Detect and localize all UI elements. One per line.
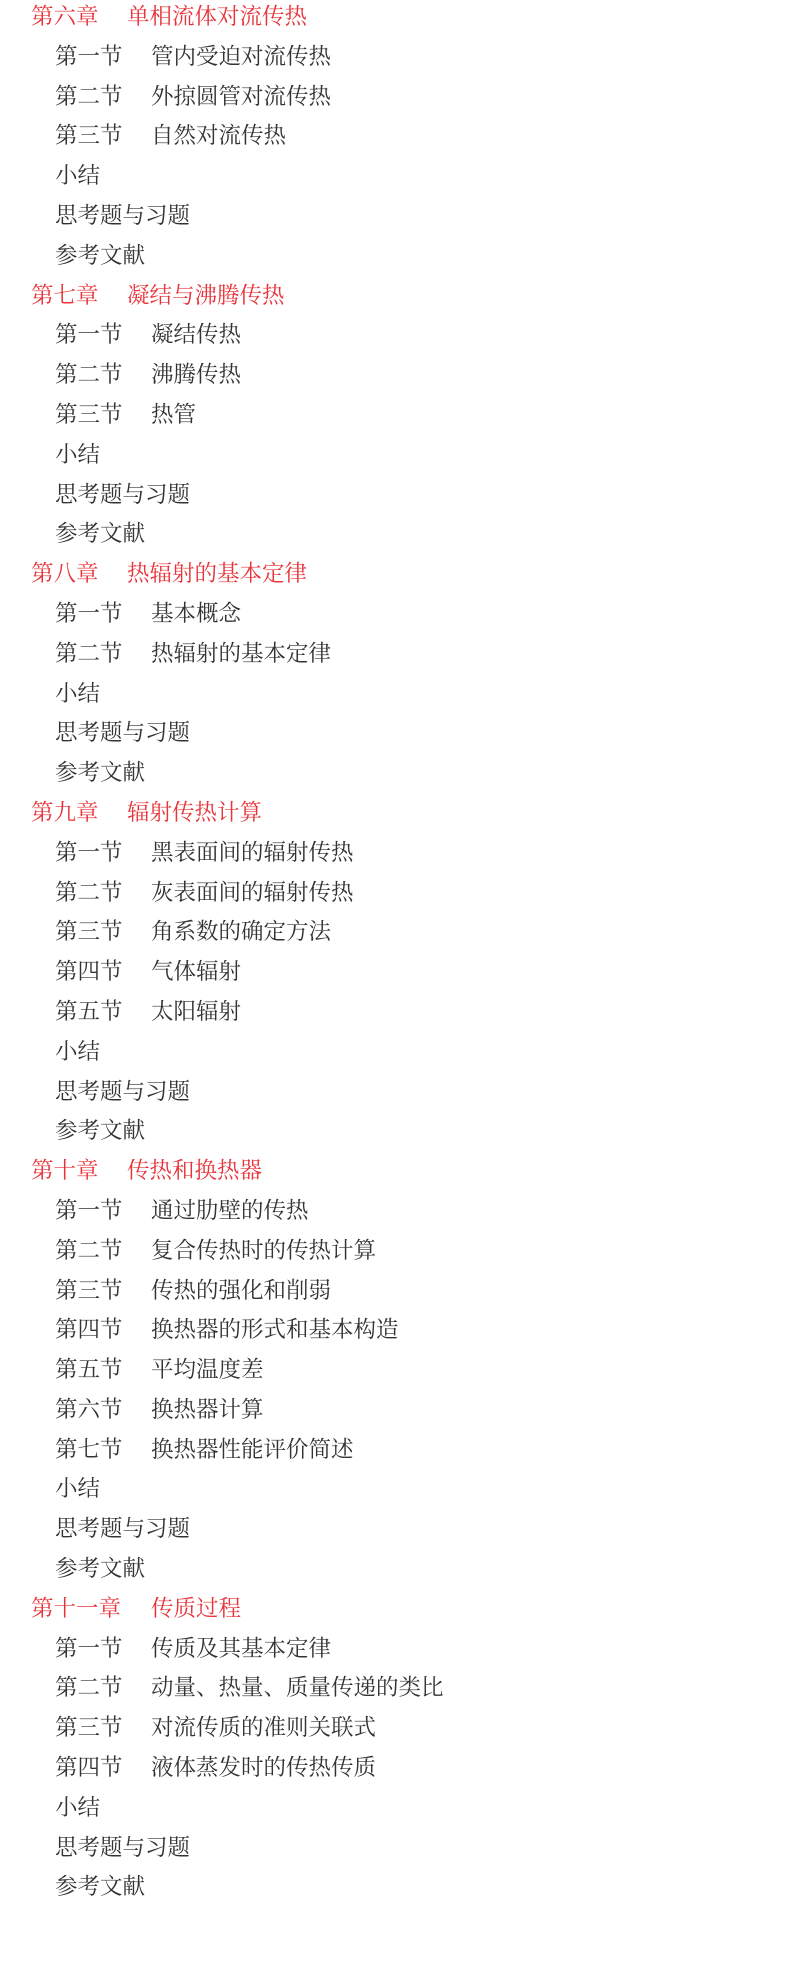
section-title: 平均温度差 xyxy=(151,1353,264,1387)
section-title: 小结 xyxy=(55,438,100,472)
section-entry[interactable]: 第一节凝结传热 xyxy=(0,318,790,358)
chapter-extra-entry[interactable]: 思考题与习题 xyxy=(0,1831,790,1871)
section-number: 第六节 xyxy=(55,1393,151,1427)
section-number: 第一节 xyxy=(55,40,151,74)
section-title: 小结 xyxy=(55,1472,100,1506)
chapter-extra-entry[interactable]: 思考题与习题 xyxy=(0,478,790,518)
section-title: 思考题与习题 xyxy=(55,1512,190,1546)
section-number: 第一节 xyxy=(55,1632,151,1666)
section-entry[interactable]: 第七节换热器性能评价简述 xyxy=(0,1433,790,1473)
section-title: 气体辐射 xyxy=(151,955,241,989)
section-number: 第四节 xyxy=(55,1313,151,1347)
chapter-heading[interactable]: 第十章传热和换热器 xyxy=(0,1154,790,1194)
section-number: 第三节 xyxy=(55,915,151,949)
section-title: 沸腾传热 xyxy=(151,358,241,392)
section-title: 思考题与习题 xyxy=(55,1831,190,1865)
section-title: 参考文献 xyxy=(55,517,145,551)
section-title: 传热的强化和削弱 xyxy=(151,1274,331,1308)
chapter-extra-entry[interactable]: 参考文献 xyxy=(0,756,790,796)
chapter-extra-entry[interactable]: 思考题与习题 xyxy=(0,1512,790,1552)
section-number: 第一节 xyxy=(55,1194,151,1228)
chapter-title: 辐射传热计算 xyxy=(127,796,262,830)
section-title: 外掠圆管对流传热 xyxy=(151,80,331,114)
section-title: 动量、热量、质量传递的类比 xyxy=(151,1671,444,1705)
section-number: 第一节 xyxy=(55,318,151,352)
section-number: 第二节 xyxy=(55,1234,151,1268)
section-number: 第二节 xyxy=(55,1671,151,1705)
section-entry[interactable]: 第六节换热器计算 xyxy=(0,1393,790,1433)
section-title: 复合传热时的传热计算 xyxy=(151,1234,376,1268)
section-entry[interactable]: 第二节复合传热时的传热计算 xyxy=(0,1234,790,1274)
chapter-extra-entry[interactable]: 思考题与习题 xyxy=(0,1075,790,1115)
section-entry[interactable]: 第一节传质及其基本定律 xyxy=(0,1632,790,1672)
section-title: 传质及其基本定律 xyxy=(151,1632,331,1666)
section-number: 第三节 xyxy=(55,119,151,153)
section-title: 热管 xyxy=(151,398,196,432)
chapter-number: 第十一章 xyxy=(31,1592,151,1626)
section-entry[interactable]: 第二节动量、热量、质量传递的类比 xyxy=(0,1671,790,1711)
chapter-title: 凝结与沸腾传热 xyxy=(127,279,285,313)
section-title: 太阳辐射 xyxy=(151,995,241,1029)
chapter-extra-entry[interactable]: 小结 xyxy=(0,159,790,199)
section-title: 参考文献 xyxy=(55,1552,145,1586)
section-title: 换热器性能评价简述 xyxy=(151,1433,354,1467)
section-title: 参考文献 xyxy=(55,1870,145,1904)
section-number: 第二节 xyxy=(55,876,151,910)
chapter-title: 传质过程 xyxy=(151,1592,241,1626)
chapter-number: 第十章 xyxy=(31,1154,127,1188)
section-title: 热辐射的基本定律 xyxy=(151,637,331,671)
section-entry[interactable]: 第一节通过肋壁的传热 xyxy=(0,1194,790,1234)
chapter-extra-entry[interactable]: 思考题与习题 xyxy=(0,716,790,756)
section-number: 第四节 xyxy=(55,955,151,989)
section-entry[interactable]: 第三节自然对流传热 xyxy=(0,119,790,159)
section-title: 思考题与习题 xyxy=(55,478,190,512)
section-number: 第五节 xyxy=(55,995,151,1029)
chapter-number: 第九章 xyxy=(31,796,127,830)
chapter-heading[interactable]: 第八章热辐射的基本定律 xyxy=(0,557,790,597)
section-title: 参考文献 xyxy=(55,1114,145,1148)
chapter-number: 第六章 xyxy=(31,0,127,34)
section-number: 第七节 xyxy=(55,1433,151,1467)
section-title: 黑表面间的辐射传热 xyxy=(151,836,354,870)
section-entry[interactable]: 第二节外掠圆管对流传热 xyxy=(0,80,790,120)
chapter-heading[interactable]: 第十一章传质过程 xyxy=(0,1592,790,1632)
section-title: 小结 xyxy=(55,1035,100,1069)
section-title: 思考题与习题 xyxy=(55,716,190,750)
chapter-extra-entry[interactable]: 参考文献 xyxy=(0,1552,790,1592)
chapter-heading[interactable]: 第九章辐射传热计算 xyxy=(0,796,790,836)
section-entry[interactable]: 第二节灰表面间的辐射传热 xyxy=(0,876,790,916)
section-number: 第二节 xyxy=(55,358,151,392)
table-of-contents: 第六章单相流体对流传热第一节管内受迫对流传热第二节外掠圆管对流传热第三节自然对流… xyxy=(0,0,790,1910)
chapter-title: 传热和换热器 xyxy=(127,1154,262,1188)
section-title: 角系数的确定方法 xyxy=(151,915,331,949)
chapter-title: 单相流体对流传热 xyxy=(127,0,307,34)
section-title: 自然对流传热 xyxy=(151,119,286,153)
section-title: 凝结传热 xyxy=(151,318,241,352)
chapter-number: 第八章 xyxy=(31,557,127,591)
section-title: 通过肋壁的传热 xyxy=(151,1194,309,1228)
section-title: 思考题与习题 xyxy=(55,1075,190,1109)
chapter-title: 热辐射的基本定律 xyxy=(127,557,307,591)
section-title: 管内受迫对流传热 xyxy=(151,40,331,74)
chapter-heading[interactable]: 第七章凝结与沸腾传热 xyxy=(0,279,790,319)
chapter-extra-entry[interactable]: 参考文献 xyxy=(0,1870,790,1910)
section-number: 第一节 xyxy=(55,836,151,870)
section-title: 换热器计算 xyxy=(151,1393,264,1427)
section-number: 第一节 xyxy=(55,597,151,631)
section-title: 小结 xyxy=(55,1791,100,1825)
section-entry[interactable]: 第五节平均温度差 xyxy=(0,1353,790,1393)
section-title: 参考文献 xyxy=(55,239,145,273)
section-number: 第四节 xyxy=(55,1751,151,1785)
chapter-extra-entry[interactable]: 参考文献 xyxy=(0,239,790,279)
section-entry[interactable]: 第二节沸腾传热 xyxy=(0,358,790,398)
section-entry[interactable]: 第四节气体辐射 xyxy=(0,955,790,995)
section-title: 小结 xyxy=(55,159,100,193)
section-entry[interactable]: 第二节热辐射的基本定律 xyxy=(0,637,790,677)
section-entry[interactable]: 第五节太阳辐射 xyxy=(0,995,790,1035)
chapter-extra-entry[interactable]: 参考文献 xyxy=(0,1114,790,1154)
section-number: 第三节 xyxy=(55,1711,151,1745)
section-entry[interactable]: 第三节热管 xyxy=(0,398,790,438)
section-title: 思考题与习题 xyxy=(55,199,190,233)
section-number: 第三节 xyxy=(55,398,151,432)
section-entry[interactable]: 第三节对流传质的准则关联式 xyxy=(0,1711,790,1751)
section-entry[interactable]: 第三节角系数的确定方法 xyxy=(0,915,790,955)
section-entry[interactable]: 第一节管内受迫对流传热 xyxy=(0,40,790,80)
section-number: 第三节 xyxy=(55,1274,151,1308)
chapter-extra-entry[interactable]: 小结 xyxy=(0,1791,790,1831)
chapter-extra-entry[interactable]: 小结 xyxy=(0,677,790,717)
section-title: 基本概念 xyxy=(151,597,241,631)
section-number: 第二节 xyxy=(55,80,151,114)
section-title: 对流传质的准则关联式 xyxy=(151,1711,376,1745)
section-title: 灰表面间的辐射传热 xyxy=(151,876,354,910)
chapter-extra-entry[interactable]: 小结 xyxy=(0,438,790,478)
section-number: 第二节 xyxy=(55,637,151,671)
section-entry[interactable]: 第四节换热器的形式和基本构造 xyxy=(0,1313,790,1353)
section-title: 参考文献 xyxy=(55,756,145,790)
chapter-extra-entry[interactable]: 小结 xyxy=(0,1472,790,1512)
section-title: 液体蒸发时的传热传质 xyxy=(151,1751,376,1785)
chapter-extra-entry[interactable]: 思考题与习题 xyxy=(0,199,790,239)
chapter-extra-entry[interactable]: 参考文献 xyxy=(0,517,790,557)
chapter-number: 第七章 xyxy=(31,279,127,313)
section-entry[interactable]: 第四节液体蒸发时的传热传质 xyxy=(0,1751,790,1791)
section-entry[interactable]: 第一节基本概念 xyxy=(0,597,790,637)
section-entry[interactable]: 第一节黑表面间的辐射传热 xyxy=(0,836,790,876)
section-title: 小结 xyxy=(55,677,100,711)
chapter-extra-entry[interactable]: 小结 xyxy=(0,1035,790,1075)
section-entry[interactable]: 第三节传热的强化和削弱 xyxy=(0,1274,790,1314)
section-title: 换热器的形式和基本构造 xyxy=(151,1313,399,1347)
chapter-heading[interactable]: 第六章单相流体对流传热 xyxy=(0,0,790,40)
section-number: 第五节 xyxy=(55,1353,151,1387)
